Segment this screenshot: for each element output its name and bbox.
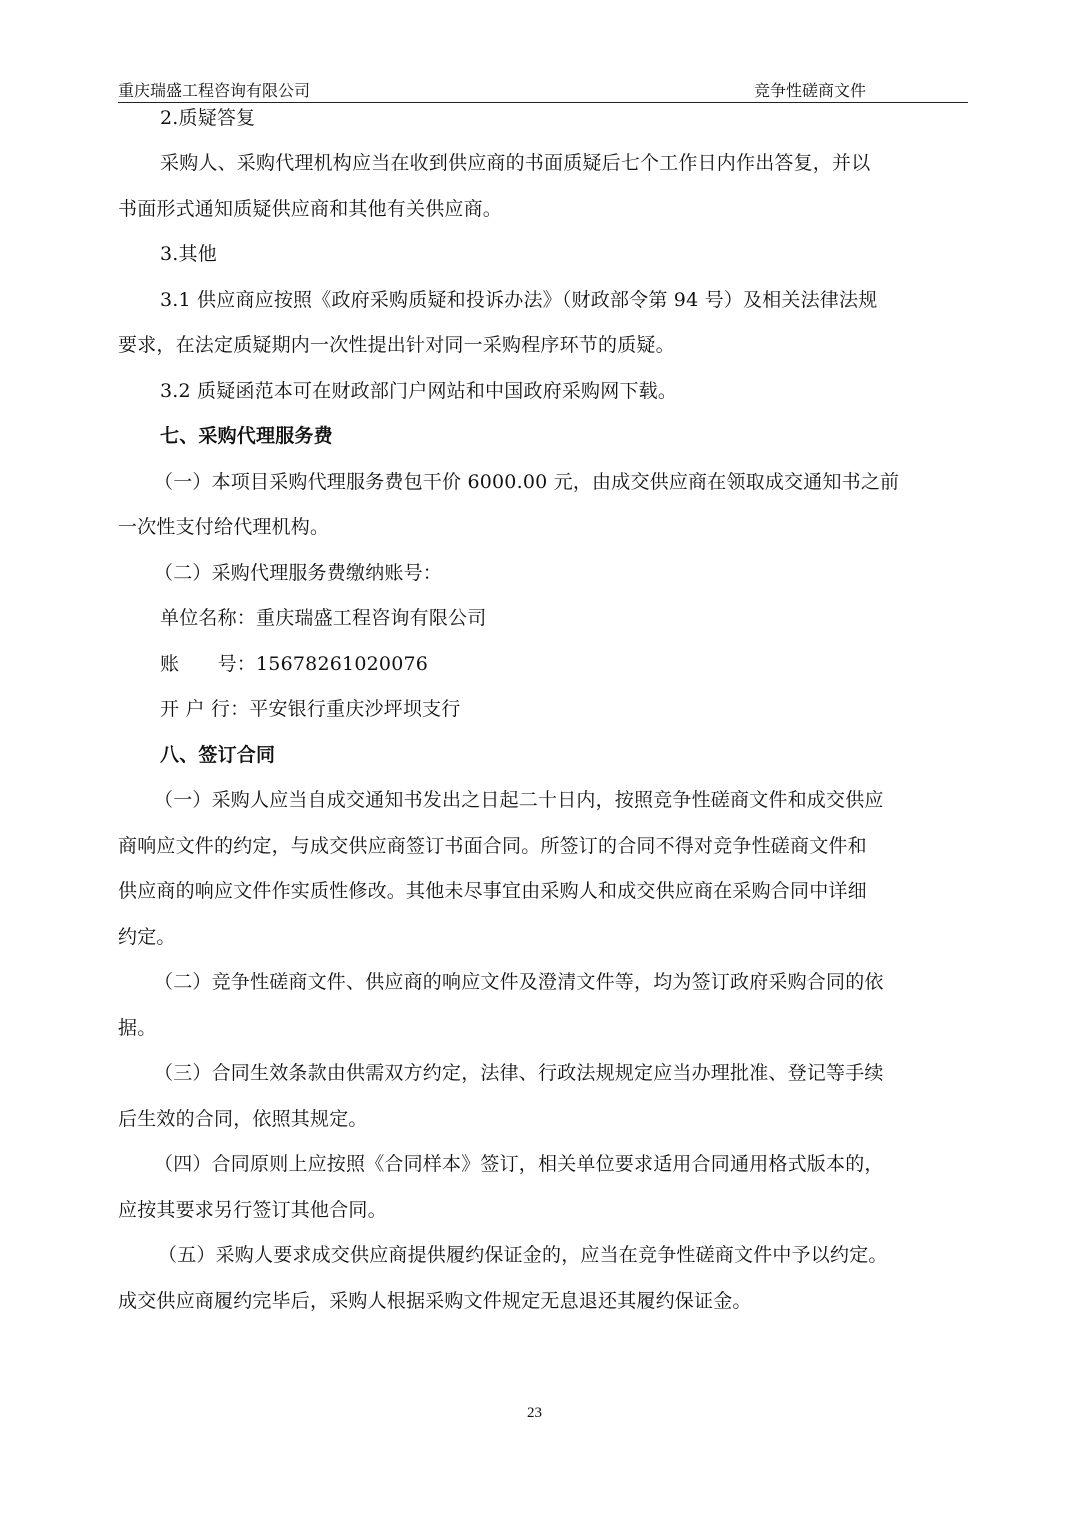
header-company: 重庆瑞盛工程咨询有限公司 — [118, 78, 310, 101]
section-8-item1-line1: （一）采购人应当自成交通知书发出之日起二十日内，按照竞争性磋商文件和成交供应 — [154, 788, 1006, 812]
section-8-item4-line1: （四）合同原则上应按照《合同样本》签订，相关单位要求适用合同通用格式版本的， — [154, 1152, 1006, 1176]
section-7-item1-line1: （一）本项目采购代理服务费包干价 6000.00 元，由成交供应商在领取成交通知… — [154, 470, 1006, 494]
section-2-paragraph-line1: 采购人、采购代理机构应当在收到供应商的书面质疑后七个工作日内作出答复，并以 — [160, 151, 1012, 175]
section-8-title: 八、签订合同 — [160, 743, 1012, 767]
account-number-row: 账 号：15678261020076 — [160, 652, 1012, 676]
account-bank-label: 开 户 行： — [160, 698, 249, 720]
section-3-1-line2: 要求，在法定质疑期内一次性提出针对同一采购程序环节的质疑。 — [118, 333, 970, 357]
section-8-item5-line1: （五）采购人要求成交供应商提供履约保证金的，应当在竞争性磋商文件中予以约定。 — [158, 1243, 1010, 1267]
section-8-item1-line4: 约定。 — [118, 925, 970, 949]
page-number: 23 — [527, 1405, 542, 1422]
account-bank-value: 平安银行重庆沙坪坝支行 — [249, 698, 460, 720]
section-3-2: 3.2 质疑函范本可在财政部门户网站和中国政府采购网下载。 — [160, 379, 1012, 403]
page-header: 重庆瑞盛工程咨询有限公司 竞争性磋商文件 — [118, 76, 968, 103]
account-bank-row: 开 户 行：平安银行重庆沙坪坝支行 — [160, 697, 1012, 721]
section-8-item2-line1: （二）竞争性磋商文件、供应商的响应文件及澄清文件等，均为签订政府采购合同的依 — [154, 970, 1006, 994]
section-2-title: 2.质疑答复 — [160, 106, 1012, 130]
section-8-item3-line2: 后生效的合同，依照其规定。 — [118, 1107, 970, 1131]
account-name-label: 单位名称： — [160, 607, 256, 629]
section-3-1-line1: 3.1 供应商应按照《政府采购质疑和投诉办法》（财政部令第 94 号）及相关法律… — [160, 288, 1012, 312]
account-number-label: 账 号： — [160, 653, 256, 675]
section-8-item4-line2: 应按其要求另行签订其他合同。 — [118, 1198, 970, 1222]
section-7-title: 七、采购代理服务费 — [160, 424, 1012, 448]
section-8-item1-line2: 商响应文件的约定，与成交供应商签订书面合同。所签订的合同不得对竞争性磋商文件和 — [118, 834, 970, 858]
account-name-row: 单位名称：重庆瑞盛工程咨询有限公司 — [160, 606, 1012, 630]
account-number-value: 15678261020076 — [256, 653, 428, 675]
section-3-title: 3.其他 — [160, 242, 1012, 266]
section-7-item2: （二）采购代理服务费缴纳账号： — [154, 561, 1006, 585]
account-name-value: 重庆瑞盛工程咨询有限公司 — [256, 607, 486, 629]
header-doc-type: 竞争性磋商文件 — [754, 78, 866, 101]
section-8-item1-line3: 供应商的响应文件作实质性修改。其他未尽事宜由采购人和成交供应商在采购合同中详细 — [118, 879, 970, 903]
section-8-item5-line2: 成交供应商履约完毕后，采购人根据采购文件规定无息退还其履约保证金。 — [118, 1289, 970, 1313]
section-8-item3-line1: （三）合同生效条款由供需双方约定，法律、行政法规规定应当办理批准、登记等手续 — [154, 1061, 1006, 1085]
section-8-item2-line2: 据。 — [118, 1016, 970, 1040]
section-2-paragraph-line2: 书面形式通知质疑供应商和其他有关供应商。 — [118, 197, 970, 221]
section-7-item1-line2: 一次性支付给代理机构。 — [118, 515, 970, 539]
